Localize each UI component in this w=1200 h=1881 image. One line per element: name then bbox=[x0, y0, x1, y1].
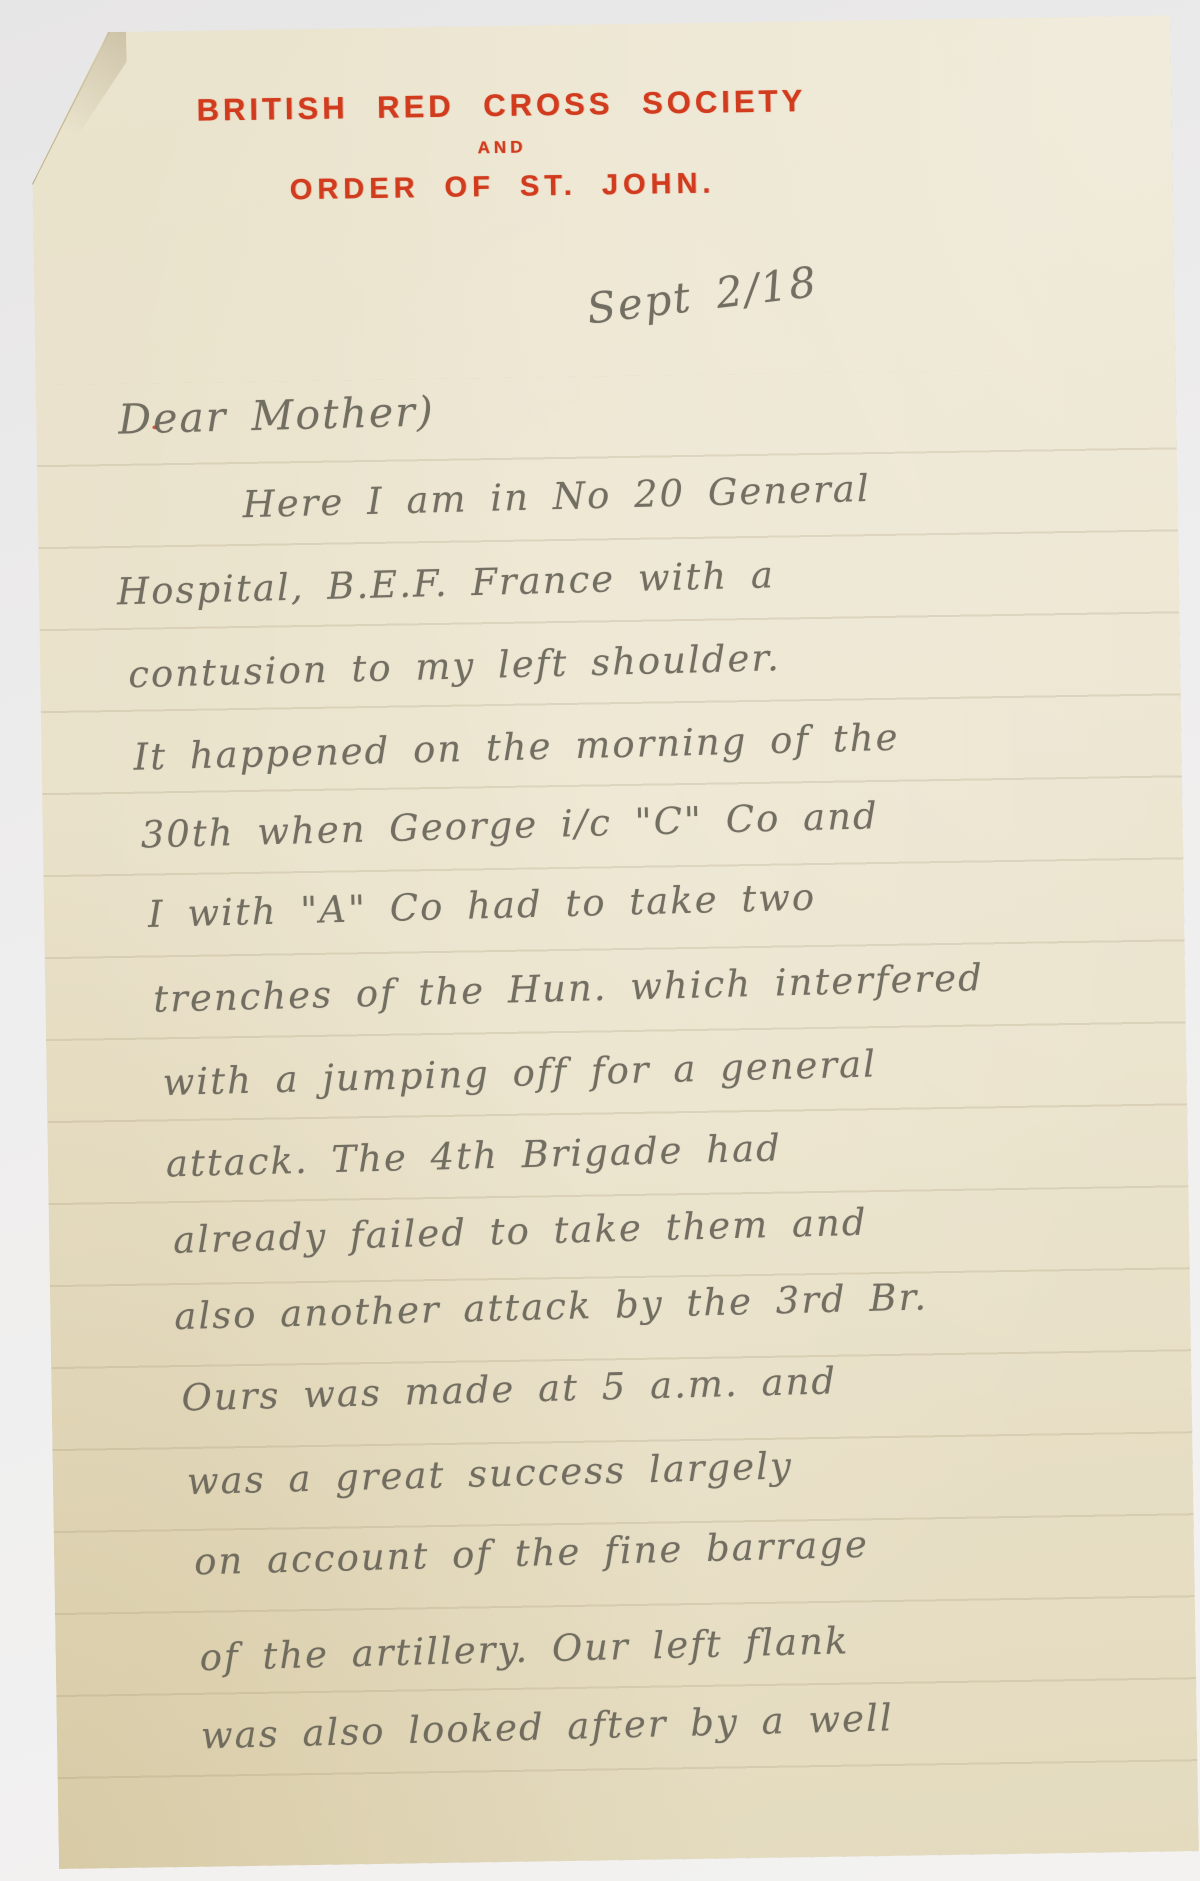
letter-paper: BRITISH RED CROSS SOCIETY AND ORDER OF S… bbox=[30, 15, 1199, 1869]
handwritten-line: It happened on the morning of the bbox=[133, 716, 900, 779]
letter-date: Sept 2/18 bbox=[584, 257, 820, 334]
letterhead-line-3: ORDER OF ST. JOHN. bbox=[152, 165, 852, 209]
letterhead-line-1: BRITISH RED CROSS SOCIETY bbox=[151, 82, 851, 129]
handwritten-line: trenches of the Hun. which interfered bbox=[153, 956, 984, 1021]
handwritten-line: was also looked after by a well bbox=[200, 1696, 894, 1757]
handwritten-line: contusion to my left shoulder. bbox=[128, 636, 782, 696]
handwritten-line: already failed to take them and bbox=[173, 1201, 868, 1262]
handwritten-line: also another attack by the 3rd Br. bbox=[174, 1275, 929, 1338]
letterhead-stamp: BRITISH RED CROSS SOCIETY AND ORDER OF S… bbox=[151, 82, 853, 209]
handwritten-line: of the artillery. Our left flank bbox=[199, 1619, 850, 1679]
letter-salutation: Dear Mother) bbox=[118, 387, 436, 443]
scan-background: BRITISH RED CROSS SOCIETY AND ORDER OF S… bbox=[0, 0, 1200, 1881]
handwritten-line: attack. The 4th Brigade had bbox=[165, 1126, 782, 1185]
handwritten-line: Here I am in No 20 General bbox=[242, 467, 871, 526]
handwritten-line: Ours was made at 5 a.m. and bbox=[181, 1359, 837, 1419]
handwritten-line: was a great success largely bbox=[186, 1444, 793, 1503]
handwritten-line: on account of the fine barrage bbox=[194, 1523, 870, 1584]
folded-corner-shadow bbox=[30, 32, 129, 203]
letterhead-line-2: AND bbox=[152, 132, 852, 163]
handwritten-line: I with "A" Co had to take two bbox=[147, 876, 816, 936]
handwritten-line: 30th when George i/c "C" Co and bbox=[140, 794, 879, 856]
handwritten-line: Hospital, B.E.F. France with a bbox=[116, 553, 775, 613]
handwritten-line: with a jumping off for a general bbox=[162, 1042, 877, 1104]
